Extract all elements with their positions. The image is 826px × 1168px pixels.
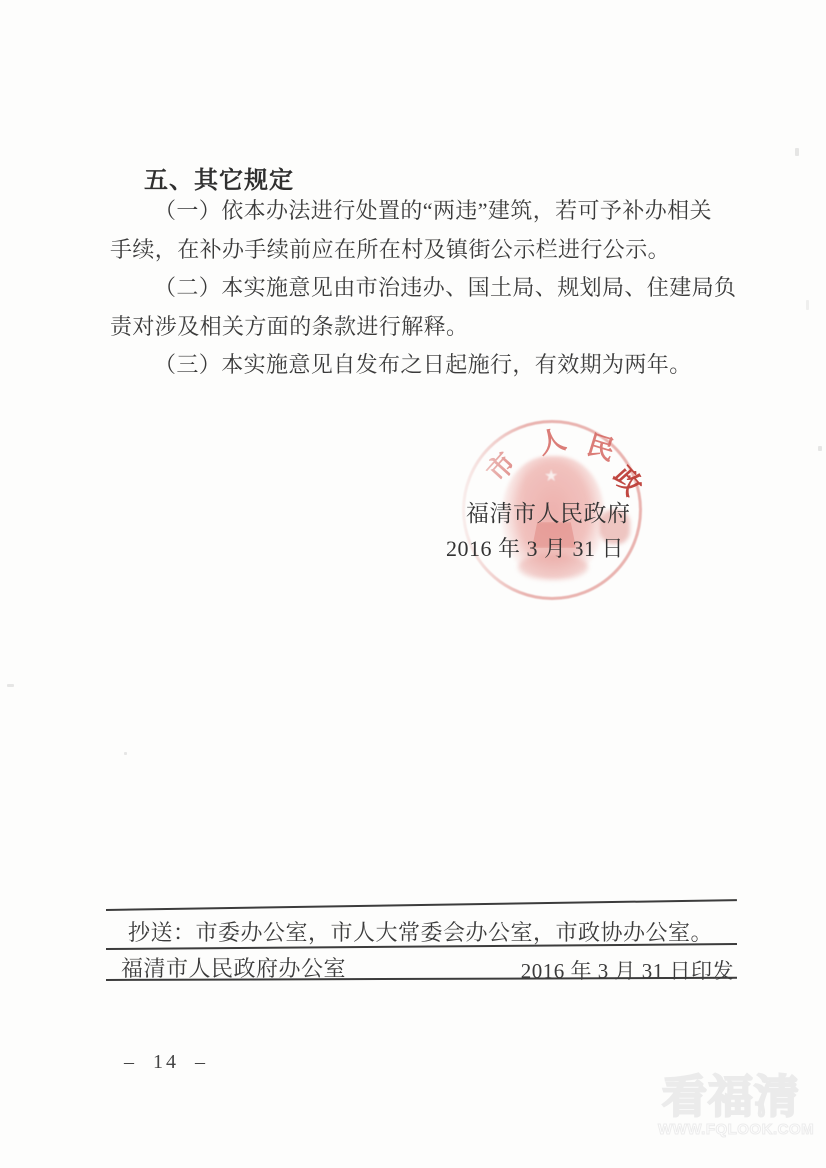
document-page: 五、其它规定 （一）依本办法进行处置的“两违”建筑，若可予补办相关 手续，在补办… [0,0,826,1168]
watermark-title: 看福清 [658,1072,804,1122]
footer-copy-to: 抄送：市委办公室，市人大常委会办公室，市政协办公室。 [128,916,713,947]
footer-rule-top [106,899,737,911]
body-line: 责对涉及相关方面的条款进行解释。 [110,308,750,347]
seal-star-icon: ★ [544,466,558,486]
signature-authority: 福清市人民政府 [466,495,631,528]
body-line: （一）依本办法进行处置的“两违”建筑，若可予补办相关 [110,192,750,231]
body-line: （二）本实施意见由市治违办、国土局、规划局、住建局负 [110,269,750,308]
scan-artifact [806,300,809,310]
page-number: – 14 – [124,1051,208,1074]
section-heading: 五、其它规定 [144,160,294,195]
footer-print-date: 2016 年 3 月 31 日印发 [521,955,734,985]
scan-artifact [795,148,799,156]
scan-artifact [124,752,127,755]
watermark-url: WWW.FQLOOK.COM [658,1122,804,1138]
body-line: （三）本实施意见自发布之日起施行，有效期为两年。 [110,346,750,385]
signature-date: 2016 年 3 月 31 日 [446,532,624,563]
scan-artifact [7,684,14,687]
body-text: （一）依本办法进行处置的“两违”建筑，若可予补办相关 手续，在补办手续前应在所在… [110,192,750,385]
body-line: 手续，在补办手续前应在所在村及镇街公示栏进行公示。 [110,231,750,270]
site-watermark: 看福清 WWW.FQLOOK.COM [658,1072,804,1138]
scan-artifact [818,446,822,451]
